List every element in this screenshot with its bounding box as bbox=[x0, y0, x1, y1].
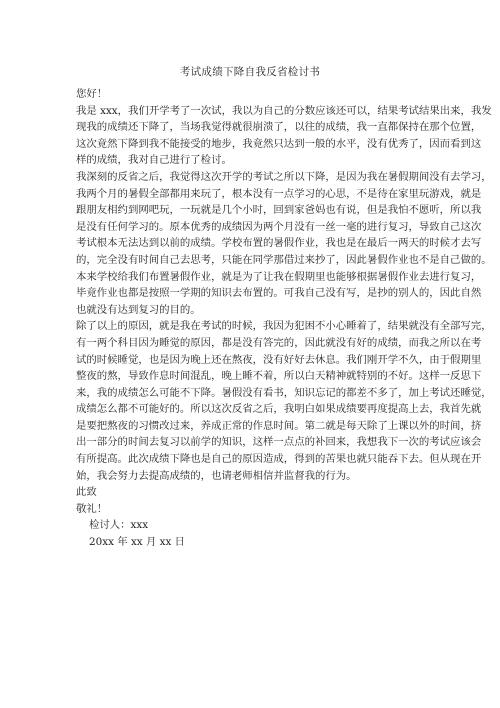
paragraph-3: 除了以上的原因，就是我在考试的时候，我因为犯困不小心睡着了，结果就没有全部写完，… bbox=[76, 318, 440, 484]
paragraph-line: 本来学校给我们布置暑假作业，就是为了让我在假期里也能够根据暑假作业去进行复习， bbox=[76, 269, 440, 286]
paragraph-1: 我是 xxx，我们开学考了一次试，我以为自己的分数应该还可以，结果考试结果出来，… bbox=[76, 103, 440, 169]
paragraph-line: 这次竟然下降到我不能接受的地步，我竟然只达到一般的水平，没有优秀了，因而看到这 bbox=[76, 136, 440, 153]
paragraph-line: 是没有任何学习的。原本优秀的成绩因为两个月没有一丝一毫的进行复习，导致自己这次 bbox=[76, 219, 440, 236]
paragraph-line: 也就没有达到复习的目的。 bbox=[76, 302, 440, 319]
paragraph-line: 现我的成绩还下降了，当场我觉得就很崩溃了，以往的成绩，我一直都保持在那个位置， bbox=[76, 119, 440, 136]
paragraph-line: 考试根本无法达到以前的成绩。学校布置的暑假作业，我也是在最后一两天的时候才去写 bbox=[76, 235, 440, 252]
paragraph-line: 成绩怎么都不可能好的。所以这次反省之后，我明白如果成绩要再度提高上去，我首先就 bbox=[76, 401, 440, 418]
paragraph-line: 来，我的成绩怎么可能不下降。暑假没有看书，知识忘记的都差不多了，加上考试还睡觉， bbox=[76, 385, 440, 402]
document-title: 考试成绩下降自我反省检讨书 bbox=[0, 64, 500, 79]
paragraph-line: 样的成绩，我对自己进行了检讨。 bbox=[76, 152, 440, 169]
paragraph-line: 整夜的熬，导致作息时间混乱，晚上睡不着，所以白天精神就特别的不好。这样一反思下 bbox=[76, 368, 440, 385]
paragraph-line: 除了以上的原因，就是我在考试的时候，我因为犯困不小心睡着了，结果就没有全部写完， bbox=[76, 318, 440, 335]
salute: 敬礼！ bbox=[76, 501, 440, 518]
greeting: 您好！ bbox=[76, 86, 440, 103]
paragraph-line: 跟朋友相约到网吧玩，一玩就是几个小时，回到家爸妈也有说，但是我怕不愿听，所以我 bbox=[76, 202, 440, 219]
paragraph-line: 有所提高。此次成绩下降也是自己的原因造成，得到的苦果也就只能吞下去。但从现在开 bbox=[76, 451, 440, 468]
paragraph-line: 是要把熬夜的习惯改过来，养成正常的作息时间。第二就是每天除了上课以外的时间，挤 bbox=[76, 418, 440, 435]
paragraph-line: 始，我会努力去提高成绩的，也请老师相信并监督我的行为。 bbox=[76, 468, 440, 485]
document-body: 您好！ 我是 xxx，我们开学考了一次试，我以为自己的分数应该还可以，结果考试结… bbox=[76, 86, 440, 551]
closing: 此致 bbox=[76, 484, 440, 501]
paragraph-line: 试的时候睡觉，也是因为晚上还在熬夜，没有好好去休息。我们刚开学不久，由于假期里 bbox=[76, 352, 440, 369]
paragraph-line: 出一部分的时间去复习以前学的知识，这样一点点的补回来，我想我下一次的考试应该会 bbox=[76, 434, 440, 451]
paragraph-line: 我两个月的暑假全部都用来玩了，根本没有一点学习的心思，不是待在家里玩游戏，就是 bbox=[76, 186, 440, 203]
paragraph-line: 我深刻的反省之后，我觉得这次开学的考试之所以下降，是因为我在暑假期间没有去学习， bbox=[76, 169, 440, 186]
date: 20xx 年 xx 月 xx 日 bbox=[76, 534, 440, 551]
paragraph-line: 有一两个科目因为睡觉的原因，都是没有答完的，因此就没有好的成绩，而我之所以在考 bbox=[76, 335, 440, 352]
paragraph-line: 毕竟作业也都是按照一学期的知识去布置的。可我自己没有写，是抄的别人的，因此自然 bbox=[76, 285, 440, 302]
paragraph-line: 的，完全没有时间自己去思考，只能在同学那借过来抄了，因此暑假作业也不是自己做的。 bbox=[76, 252, 440, 269]
paragraph-line: 我是 xxx，我们开学考了一次试，我以为自己的分数应该还可以，结果考试结果出来，… bbox=[76, 103, 440, 120]
signer: 检讨人：xxx bbox=[76, 517, 440, 534]
paragraph-2: 我深刻的反省之后，我觉得这次开学的考试之所以下降，是因为我在暑假期间没有去学习，… bbox=[76, 169, 440, 318]
document-page: 考试成绩下降自我反省检讨书 您好！ 我是 xxx，我们开学考了一次试，我以为自己… bbox=[0, 0, 500, 708]
